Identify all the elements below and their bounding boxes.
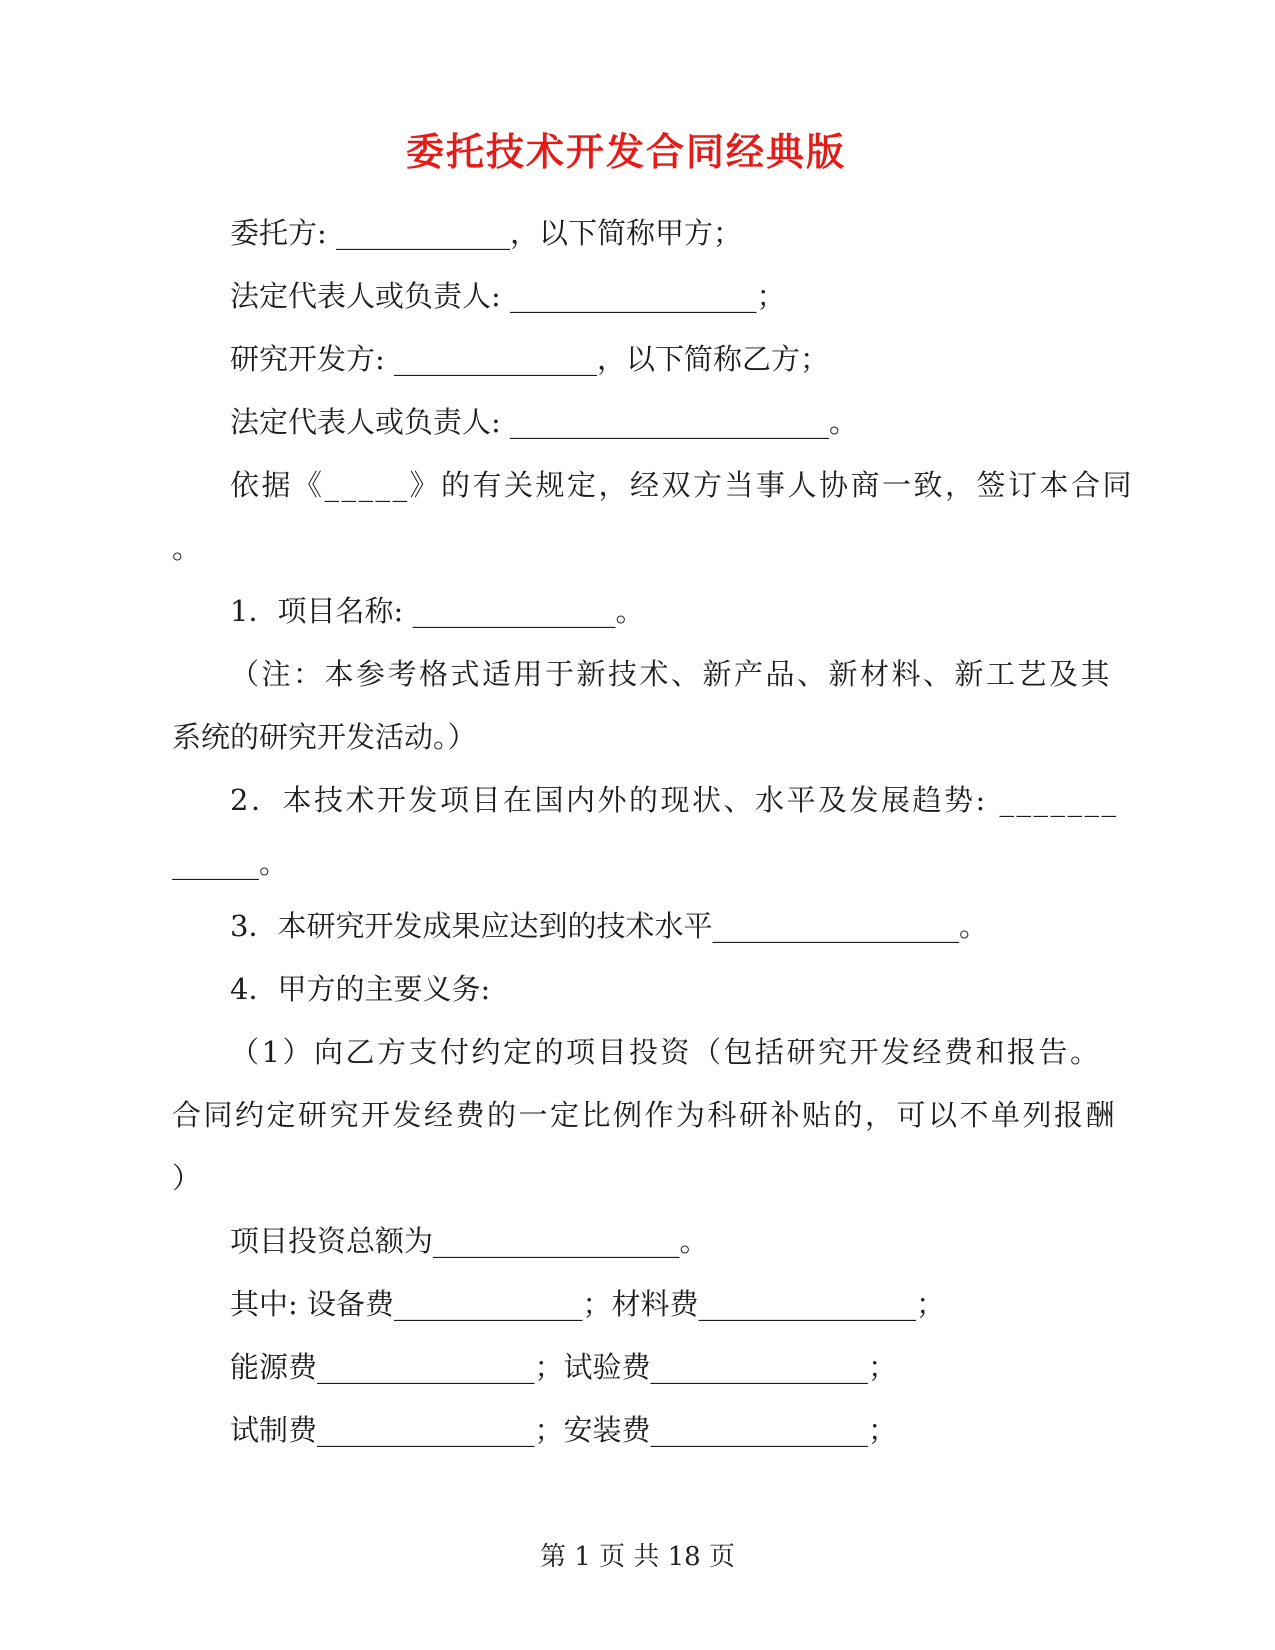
document-line: 合同约定研究开发经费的一定比例作为科研补贴的，可以不单列报酬	[172, 1084, 1080, 1147]
document-line: 法定代表人或负责人: _________________；	[172, 265, 1080, 328]
document-line: ______。	[172, 832, 1080, 895]
document-line: 4．甲方的主要义务:	[172, 958, 1080, 1021]
page-footer: 第 1 页 共 18 页	[0, 1542, 1275, 1572]
document-line: 委托方: ____________，以下简称甲方；	[172, 202, 1080, 265]
document-title: 委托技术开发合同经典版	[172, 130, 1080, 176]
document-line: 其中: 设备费_____________；材料费_______________；	[172, 1273, 1080, 1336]
document-line: 。	[172, 517, 1080, 580]
document-line: 2．本技术开发项目在国内外的现状、水平及发展趋势: _______	[172, 769, 1080, 832]
document-body: 委托方: ____________，以下简称甲方；法定代表人或负责人: ____…	[172, 202, 1080, 1462]
document-line: （注：本参考格式适用于新技术、新产品、新材料、新工艺及其	[172, 643, 1080, 706]
document-line: 能源费_______________；试验费_______________；	[172, 1336, 1080, 1399]
document-line: （1）向乙方支付约定的项目投资（包括研究开发经费和报告。	[172, 1021, 1080, 1084]
document-line: ）	[172, 1147, 1080, 1210]
document-line: 系统的研究开发活动。）	[172, 706, 1080, 769]
document-line: 试制费_______________；安装费_______________；	[172, 1399, 1080, 1462]
document-line: 3．本研究开发成果应达到的技术水平_________________。	[172, 895, 1080, 958]
document-line: 依据《_____》的有关规定，经双方当事人协商一致，签订本合同	[172, 454, 1080, 517]
document-line: 项目投资总额为_________________。	[172, 1210, 1080, 1273]
contract-document-page: 委托技术开发合同经典版 委托方: ____________，以下简称甲方；法定代…	[0, 0, 1275, 1650]
document-line: 1．项目名称: ______________。	[172, 580, 1080, 643]
document-line: 研究开发方: ______________，以下简称乙方；	[172, 328, 1080, 391]
document-line: 法定代表人或负责人: ______________________。	[172, 391, 1080, 454]
